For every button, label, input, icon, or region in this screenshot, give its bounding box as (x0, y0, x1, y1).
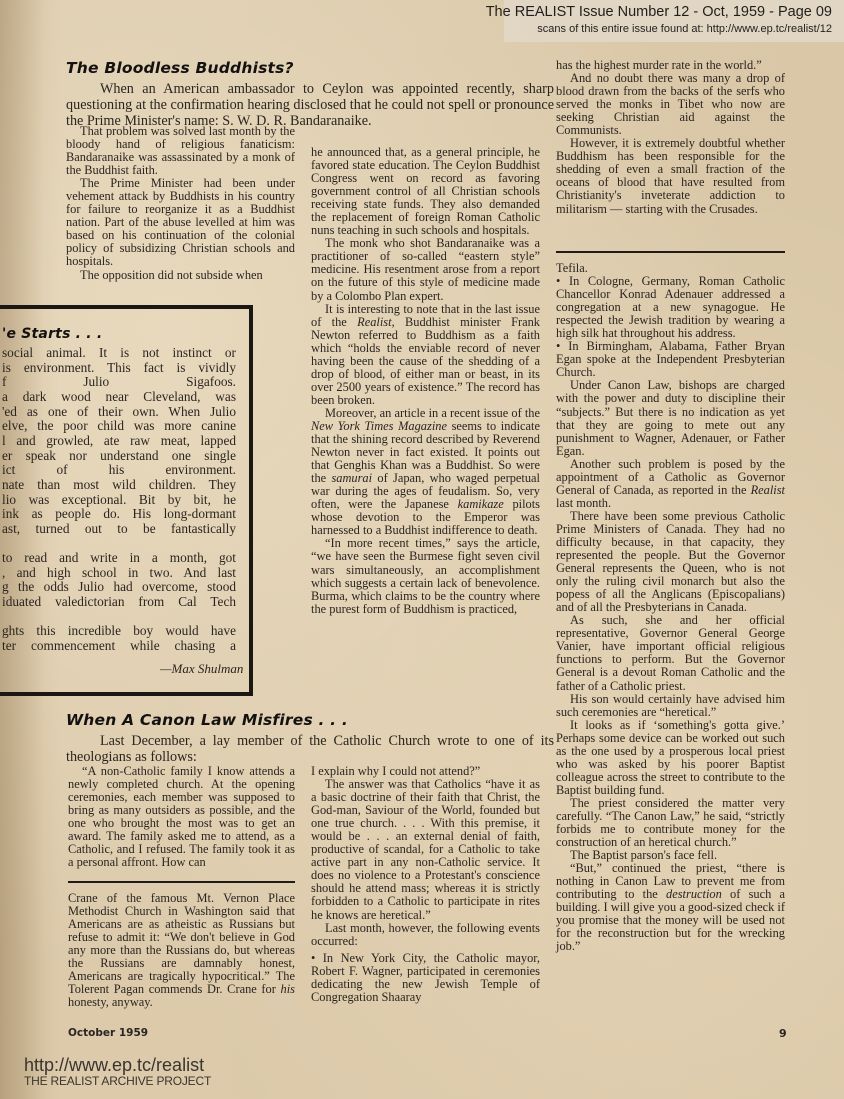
article1-headline: The Bloodless Buddhists? (66, 59, 294, 77)
watermark-project: THE REALIST ARCHIVE PROJECT (24, 1074, 211, 1088)
paragraph: The priest considered the matter very ca… (556, 797, 785, 849)
boxed-article-line: 'ed as one of their own. When Julio (2, 405, 236, 420)
paragraph: Under Canon Law, bishops are charged wit… (556, 379, 785, 457)
boxed-article-line: a dark wood near Cleveland, was (2, 390, 236, 405)
paragraph: And no doubt there was many a drop of bl… (556, 72, 785, 137)
paragraph: It looks as if ‘something's gotta give.’… (556, 719, 785, 797)
boxed-article-line: ast, turned out to be fantastically (2, 522, 236, 537)
article1-lead-text: When an American ambassador to Ceylon wa… (66, 81, 554, 129)
paragraph: • In Cologne, Germany, Roman Catholic Ch… (556, 275, 785, 340)
text-run: last month. (556, 496, 611, 510)
crane-item: Crane of the famous Mt. Vernon Place Met… (68, 892, 295, 1009)
boxed-article-line (2, 537, 236, 552)
boxed-article-line: ict of his environment. (2, 463, 236, 478)
paragraph: It is interesting to note that in the la… (311, 303, 540, 407)
article1-col1: That problem was solved last month by th… (66, 125, 295, 282)
column-divider-rule (68, 881, 295, 883)
boxed-article-line (2, 610, 236, 625)
paragraph: he announced that, as a general principl… (311, 146, 540, 237)
paragraph: Another such problem is posed by the app… (556, 458, 785, 510)
boxed-article-line: iduated valedictorian from Cal Tech (2, 595, 236, 610)
text-run: Crane of the famous Mt. Vernon Place Met… (68, 891, 295, 996)
paragraph: His son would certainly have advised him… (556, 693, 785, 719)
paragraph: The monk who shot Bandaranaike was a pra… (311, 237, 540, 302)
paragraph: Crane of the famous Mt. Vernon Place Met… (68, 892, 295, 1009)
boxed-article-line: nate than most wild children. They (2, 478, 236, 493)
publication-name: New York Times Magazine (311, 419, 447, 433)
boxed-article-line: is environment. This fact is vividly (2, 361, 236, 376)
boxed-article-byline: —Max Shulman (160, 661, 243, 677)
boxed-article-line: l and growled, ate raw meat, lapped (2, 434, 236, 449)
footer-date: October 1959 (68, 1027, 148, 1039)
paragraph: • In Birmingham, Alabama, Father Bryan E… (556, 340, 785, 379)
watermark-url[interactable]: http://www.ep.tc/realist (24, 1055, 204, 1076)
boxed-article-line: ink as people do. His long-dormant (2, 507, 236, 522)
boxed-article-line: elve, the poor child was more canine (2, 419, 236, 434)
boxed-article-line: lio was exceptional. Bit by bit, he (2, 493, 236, 508)
article2-col3: Tefila. • In Cologne, Germany, Roman Cat… (556, 262, 785, 953)
paragraph: Last month, however, the following event… (311, 922, 540, 948)
italic-term: destruction (666, 887, 722, 901)
boxed-article-line: ghts this incredible boy would have (2, 624, 236, 639)
boxed-article-line: to read and write in a month, got (2, 551, 236, 566)
boxed-article-body: social animal. It is not instinct oris e… (2, 346, 236, 654)
article2-lead: Last December, a lay member of the Catho… (66, 733, 554, 765)
paragraph: Moreover, an article in a recent issue o… (311, 407, 540, 537)
boxed-article-line: ter commencement while chasing a (2, 639, 236, 654)
paragraph: The opposition did not subside when (66, 269, 295, 282)
article1-col3: has the highest murder rate in the world… (556, 59, 785, 216)
article2-headline: When A Canon Law Misfires . . . (66, 711, 348, 729)
paragraph: The answer was that Catholics “have it a… (311, 778, 540, 922)
italic-term: kamikaze (458, 497, 504, 511)
paragraph: There have been some previous Catholic P… (556, 510, 785, 614)
italic-term: his (281, 982, 295, 996)
paragraph: • In New York City, the Catholic mayor, … (311, 952, 540, 1004)
boxed-article-line: g the odds Julio had overcome, stood (2, 580, 236, 595)
text-run: honesty, anyway. (68, 995, 153, 1009)
paragraph: “In more recent times,” says the article… (311, 537, 540, 615)
article2-col1: “A non-Catholic family I know attends a … (68, 765, 295, 869)
archive-subtitle: scans of this entire issue found at: htt… (537, 23, 832, 35)
archive-header: The REALIST Issue Number 12 - Oct, 1959 … (504, 0, 844, 42)
boxed-article-headline: 'e Starts . . . (2, 326, 102, 342)
letter-paragraph: “A non-Catholic family I know attends a … (68, 765, 295, 869)
boxed-article-line: social animal. It is not instinct or (2, 346, 236, 361)
text-run: Moreover, an article in a recent issue o… (325, 406, 540, 420)
paragraph: The Prime Minister had been under veheme… (66, 177, 295, 268)
paragraph: “But,” continued the priest, “there is n… (556, 862, 785, 953)
text-run: , Buddhist minister Frank Newton referre… (311, 315, 540, 407)
boxed-article-line: f Julio Sigafoos. (2, 375, 236, 390)
article2-col2: I explain why I could not attend?” The a… (311, 765, 540, 1004)
column-divider-rule (556, 251, 785, 253)
publication-name: Realist (751, 483, 785, 497)
article1-col2: he announced that, as a general principl… (311, 146, 540, 616)
italic-term: samurai (331, 471, 372, 485)
publication-name: Realist (357, 315, 391, 329)
article2-lead-text: Last December, a lay member of the Catho… (66, 733, 554, 765)
article1-lead: When an American ambassador to Ceylon wa… (66, 81, 554, 129)
paragraph: However, it is extremely doubtful whethe… (556, 137, 785, 215)
archive-title: The REALIST Issue Number 12 - Oct, 1959 … (486, 4, 832, 20)
boxed-article-line: er speak nor understand one single (2, 449, 236, 464)
page-number: 9 (779, 1027, 787, 1040)
boxed-article-line: , and high school in two. And last (2, 566, 236, 581)
paragraph: As such, she and her official representa… (556, 614, 785, 692)
paragraph: That problem was solved last month by th… (66, 125, 295, 177)
